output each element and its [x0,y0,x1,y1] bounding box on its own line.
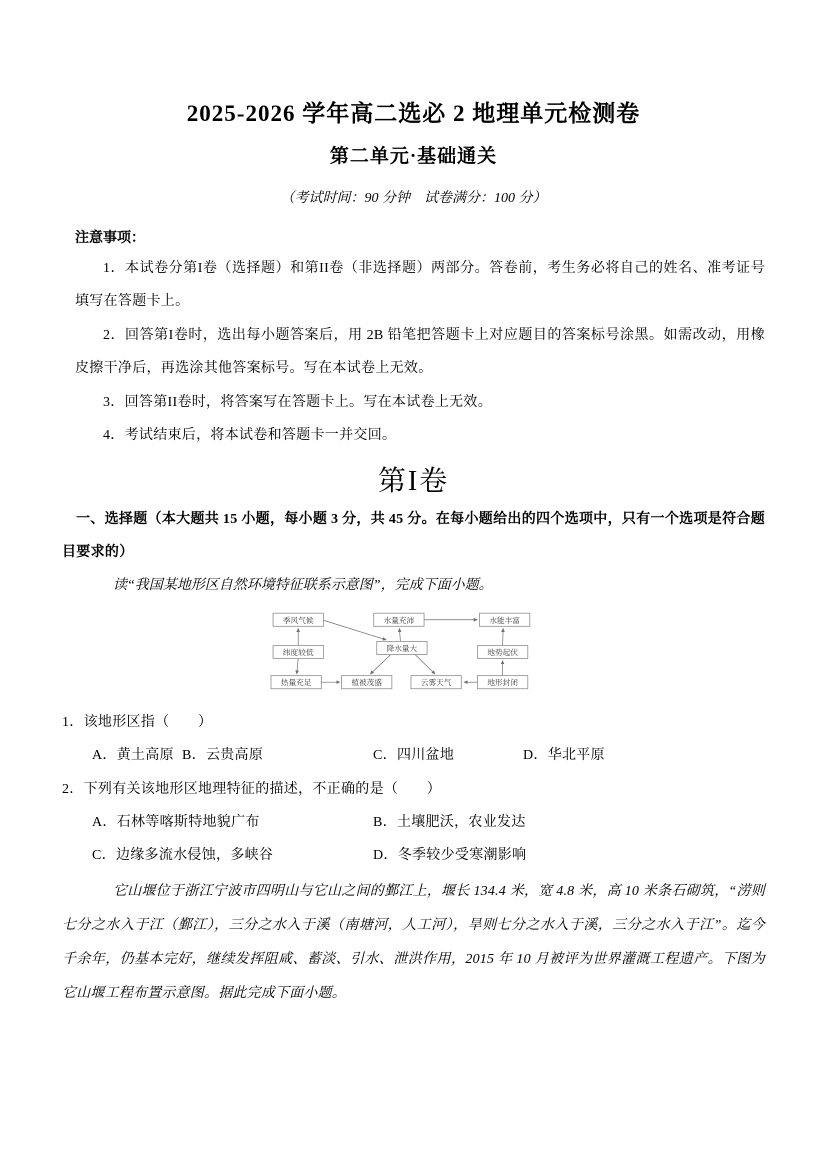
svg-text:热量充足: 热量充足 [280,677,311,687]
edge-jiangshui-yunwu [415,654,435,674]
edge-jiangshui-shuiliang [399,628,400,641]
question-1-option-a: A．黄土高原 [92,739,174,773]
question-1-number: 1． [62,715,84,730]
question-2-number: 2． [62,782,84,797]
notice-section: 注意事项： 1．本试卷分第I卷（选择题）和第II卷（非选择题）两部分。答卷前，考… [75,226,765,453]
exam-page: 2025-2026 学年高二选必 2 地理单元检测卷 第二单元·基础通关 （考试… [0,0,827,1169]
exam-title: 2025-2026 学年高二选必 2 地理单元检测卷 [62,100,765,129]
svg-text:季风气候: 季风气候 [282,615,313,625]
svg-text:水量充沛: 水量充沛 [383,615,414,625]
question-2-option-c: C．边缘多流水侵蚀，多峡谷 [92,839,273,873]
edge-weidu-reliang [296,658,298,674]
svg-text:水能丰富: 水能丰富 [489,615,520,625]
question-2-text: 下列有关该地形区地理特征的描述，不正确的是（ ） [84,782,442,797]
edge-jiangshui-zhibei [370,654,391,674]
notice-heading: 注意事项： [75,226,765,252]
question-2-option-b: B．土壤肥沃，农业发达 [373,806,526,840]
svg-text:地形封闭: 地形封闭 [487,677,518,687]
svg-text:云雾天气: 云雾天气 [420,677,451,687]
question-1-option-d: D．华北平原 [523,739,605,773]
question-2-option-a: A．石林等喀斯特地貌广布 [92,806,260,840]
question-1-options: A．黄土高原 B．云贵高原 C．四川盆地 D．华北平原 [62,739,765,773]
question-2-options: A．石林等喀斯特地貌广布 B．土壤肥沃，农业发达 C．边缘多流水侵蚀，多峡谷 D… [62,806,765,873]
terrain-concept-diagram: 季风气候 水量充沛 水能丰富 纬度较低 降水量大 地势起伏 [268,608,560,704]
question-2: 2．下列有关该地形区地理特征的描述，不正确的是（ ） A．石林等喀斯特地貌广布 … [62,773,765,874]
diagram-node-zhibei: 植被茂盛 [341,675,391,688]
diagram-node-shuiliang: 水量充沛 [373,613,423,626]
question-1-option-b: B．云贵高原 [182,739,263,773]
question-1-stem: 1．该地形区指（ ） [62,706,765,740]
notice-item-2: 2．回答第I卷时，选出每小题答案后，用 2B 铅笔把答题卡上对应题目的答案标号涂… [75,319,765,386]
edge-dishi-shuineng [502,628,503,645]
diagram-node-jiangshui: 降水量大 [376,641,426,654]
diagram-node-shuineng: 水能丰富 [479,613,529,626]
exam-subtitle: 第二单元·基础通关 [62,141,765,168]
notice-item-3: 3．回答第II卷时，将答案写在答题卡上。写在本试卷上无效。 [75,386,765,420]
question-2-option-d: D．冬季较少受寒潮影响 [373,839,526,873]
section1-instruction: 一、选择题（本大题共 15 小题，每小题 3 分，共 45 分。在每小题给出的四… [62,503,765,569]
diagram-node-weidu: 纬度较低 [273,645,323,658]
notice-item-1: 1．本试卷分第I卷（选择题）和第II卷（非选择题）两部分。答卷前，考生务必将自己… [75,252,765,319]
terrain-concept-diagram-svg: 季风气候 水量充沛 水能丰富 纬度较低 降水量大 地势起伏 [268,608,560,704]
diagram-node-yunwu: 云雾天气 [410,675,460,688]
material1-intro: 读“我国某地形区自然环境特征联系示意图”，完成下面小题。 [62,569,765,602]
diagram-node-dixing: 地形封闭 [477,675,527,688]
question-1-option-c: C．四川盆地 [373,739,454,773]
svg-text:降水量大: 降水量大 [386,643,417,653]
diagram-node-jifeng: 季风气候 [273,613,323,626]
question-1-text: 该地形区指（ ） [84,715,213,730]
svg-text:植被茂盛: 植被茂盛 [351,677,382,687]
diagram-node-dishi: 地势起伏 [477,645,527,658]
question-2-stem: 2．下列有关该地形区地理特征的描述，不正确的是（ ） [62,773,765,807]
svg-text:地势起伏: 地势起伏 [487,647,518,657]
notice-item-4: 4．考试结束后，将本试卷和答题卡一并交回。 [75,419,765,453]
question-1: 1．该地形区指（ ） A．黄土高原 B．云贵高原 C．四川盆地 D．华北平原 [62,706,765,773]
svg-text:纬度较低: 纬度较低 [282,647,313,657]
exam-info-line: （考试时间：90 分钟 试卷满分：100 分） [62,187,765,207]
part1-heading: 第I卷 [62,459,765,499]
material2-passage: 它山堰位于浙江宁波市四明山与它山之间的鄞江上，堰长 134.4 米，宽 4.8 … [62,875,765,1010]
diagram-node-reliang: 热量充足 [271,675,321,688]
